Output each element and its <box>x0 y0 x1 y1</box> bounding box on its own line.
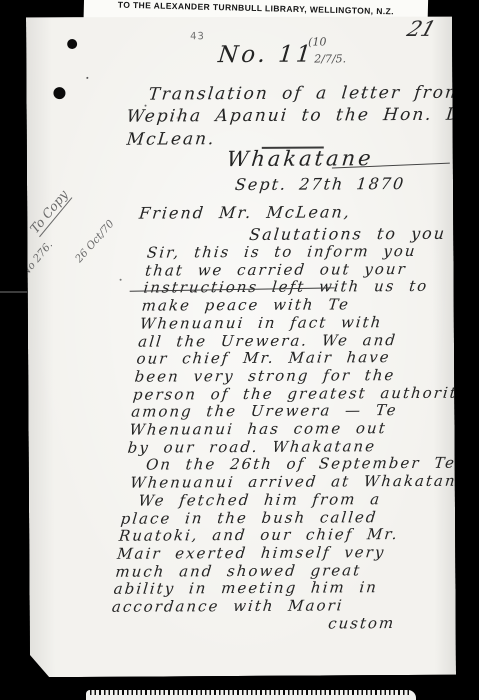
ink-speck <box>120 279 122 281</box>
library-stamp-text: TO THE ALEXANDER TURNBULL LIBRARY, WELLI… <box>84 0 428 17</box>
measuring-ruler <box>86 690 416 700</box>
frame-registration-line <box>0 291 27 293</box>
margin-note-copy: To Copy <box>27 187 73 237</box>
ink-speck <box>86 77 88 79</box>
ink-blot <box>67 39 77 49</box>
letter-line: We fetched him from a <box>138 490 469 510</box>
letter-line: accordance with Maori <box>111 597 458 617</box>
letter-salutation: Friend Mr. McLean, <box>138 202 352 222</box>
letter-line: make peace with Te <box>141 296 479 316</box>
letter-title-line: Wepiha Apanui to the Hon. D. <box>126 105 470 127</box>
margin-note-number: No 276. <box>19 239 55 279</box>
document-number: No. 11 <box>217 42 315 69</box>
ruler-tick-marks <box>90 690 410 695</box>
scanned-manuscript-frame: { "stamp": { "text": "TO THE ALEXANDER T… <box>0 0 479 700</box>
letter-body: Sir, this is to inform you that we carri… <box>109 242 479 634</box>
letter-line: Whenuanui has come out <box>129 420 476 440</box>
letter-title-line: Translation of a letter from <box>147 83 464 105</box>
manuscript-page: 43 21 No. 11 (10 2/7/5. To Copy No 276. … <box>26 15 456 678</box>
letter-line: Mair exerted himself very <box>116 544 463 564</box>
ink-blot <box>53 87 65 99</box>
margin-note-date: 26 Oct/70 <box>73 218 117 265</box>
reference-mark-top: (10 <box>308 35 326 48</box>
pencil-page-number: 43 <box>190 31 205 42</box>
letter-line: custom <box>327 614 456 632</box>
letter-line: Whenuanui arrived at Whakatane <box>129 473 470 493</box>
letter-line: Whenuanui in fact with <box>139 313 479 333</box>
folio-number: 21 <box>404 17 438 41</box>
letter-title-line: McLean. <box>126 129 217 150</box>
letter-date: Sept. 27th 1870 <box>234 174 406 194</box>
letter-line: Sir, this is to inform you <box>146 242 479 262</box>
letter-line: our chief Mr. Mair have <box>136 349 479 369</box>
reference-mark-bottom: 2/7/5. <box>314 52 346 65</box>
letter-salutation-2: Salutations to you <box>248 224 447 244</box>
